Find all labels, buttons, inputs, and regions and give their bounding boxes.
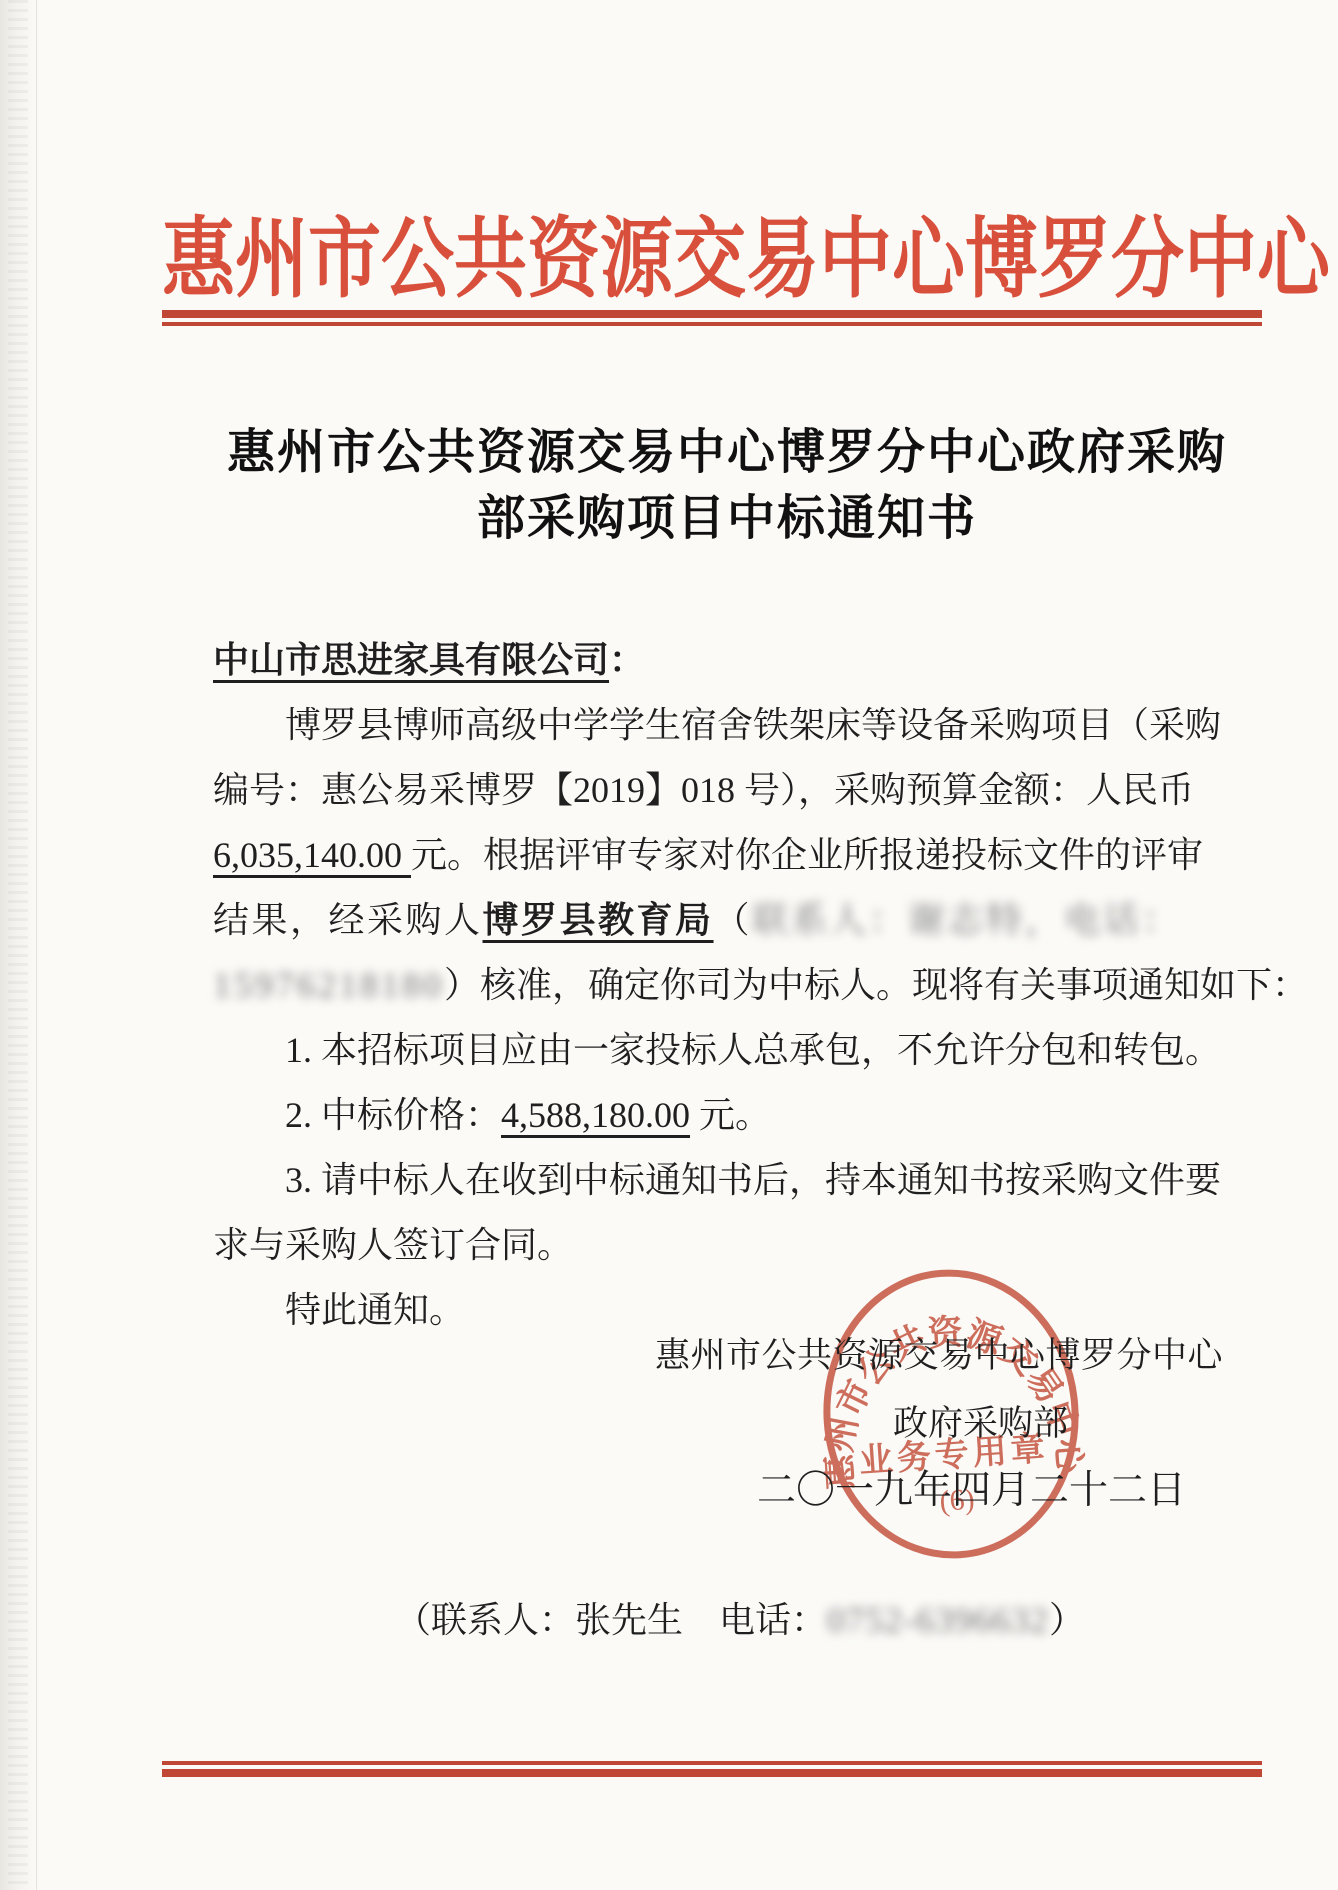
signature-org: 惠州市公共资源交易中心博罗分中心 [655,1328,1223,1378]
body-text: 博罗县教育局 [483,900,714,940]
document-body: 中山市思进家具有限公司：博罗县博师高级中学学生宿舍铁架床等设备采购项目（采购编号… [213,628,1205,1343]
header-rule-thick [162,310,1262,318]
redacted-text: 15976218180 [213,965,444,1005]
body-line: 结果，经采购人博罗县教育局（联系人：谢志特，电话： [213,888,1205,953]
contact-phone: 0752-6396632 [827,1600,1049,1640]
body-text: 4,588,180.00 [501,1095,690,1135]
letterhead-banner: 惠州市公共资源交易中心博罗分中心 [162,188,1266,314]
document-page: 惠州市公共资源交易中心博罗分中心 惠州市公共资源交易中心博罗分中心政府采购 部采… [0,0,1338,1890]
scan-paper-edge [0,0,37,1890]
footer-rule-thin [162,1761,1262,1765]
body-text: 1. 本招标项目应由一家投标人总承包，不允许分包和转包。 [285,1030,1221,1070]
body-line: 15976218180）核准，确定你司为中标人。现将有关事项通知如下： [213,953,1205,1018]
redacted-text: 联系人：谢志特，电话： [752,900,1181,940]
body-text: 2. 中标价格： [285,1095,501,1135]
document-title: 惠州市公共资源交易中心博罗分中心政府采购 部采购项目中标通知书 [185,420,1269,552]
body-text: 结果，经采购人 [213,900,483,940]
body-line: 6,035,140.00 元。根据评审专家对你企业所报递投标文件的评审 [213,823,1205,888]
body-text: 6,035,140.00 [213,835,411,875]
signature-dept: 政府采购部 [893,1396,1068,1446]
contact-suffix: ） [1049,1600,1085,1640]
body-line: 中山市思进家具有限公司： [213,628,1205,693]
body-text: 特此通知。 [285,1290,465,1330]
contact-prefix: （联系人：张先生 电话： [395,1600,827,1640]
body-text: 博罗县博师高级中学学生宿舍铁架床等设备采购项目（采购 [285,705,1221,745]
title-line-1: 惠州市公共资源交易中心博罗分中心政府采购 [185,420,1269,486]
body-line: 2. 中标价格：4,588,180.00 元。 [213,1083,1205,1148]
title-line-2: 部采购项目中标通知书 [185,486,1269,552]
body-text: 中山市思进家具有限公司 [213,640,609,680]
header-rule-thin [162,322,1262,326]
body-line: 博罗县博师高级中学学生宿舍铁架床等设备采购项目（采购 [213,693,1205,758]
signature-date: 二〇一九年四月二十二日 [757,1459,1186,1515]
contact-line: （联系人：张先生 电话：0752-6396632） [395,1592,1085,1643]
body-text: （ [714,900,753,940]
body-text: ）核准，确定你司为中标人。现将有关事项通知如下： [444,965,1308,1005]
body-text: 编号：惠公易采博罗【2019】018 号），采购预算金额：人民币 [213,770,1194,810]
body-text: 元。根据评审专家对你企业所报递投标文件的评审 [411,835,1203,875]
body-line: 编号：惠公易采博罗【2019】018 号），采购预算金额：人民币 [213,758,1205,823]
body-text: ： [609,640,645,680]
footer-rule-thick [162,1769,1262,1777]
body-text: 元。 [690,1095,771,1135]
body-text: 3. 请中标人在收到中标通知书后，持本通知书按采购文件要 [285,1160,1221,1200]
body-line: 3. 请中标人在收到中标通知书后，持本通知书按采购文件要 [213,1148,1205,1213]
body-text: 求与采购人签订合同。 [213,1225,573,1265]
body-line: 1. 本招标项目应由一家投标人总承包，不允许分包和转包。 [213,1018,1205,1083]
